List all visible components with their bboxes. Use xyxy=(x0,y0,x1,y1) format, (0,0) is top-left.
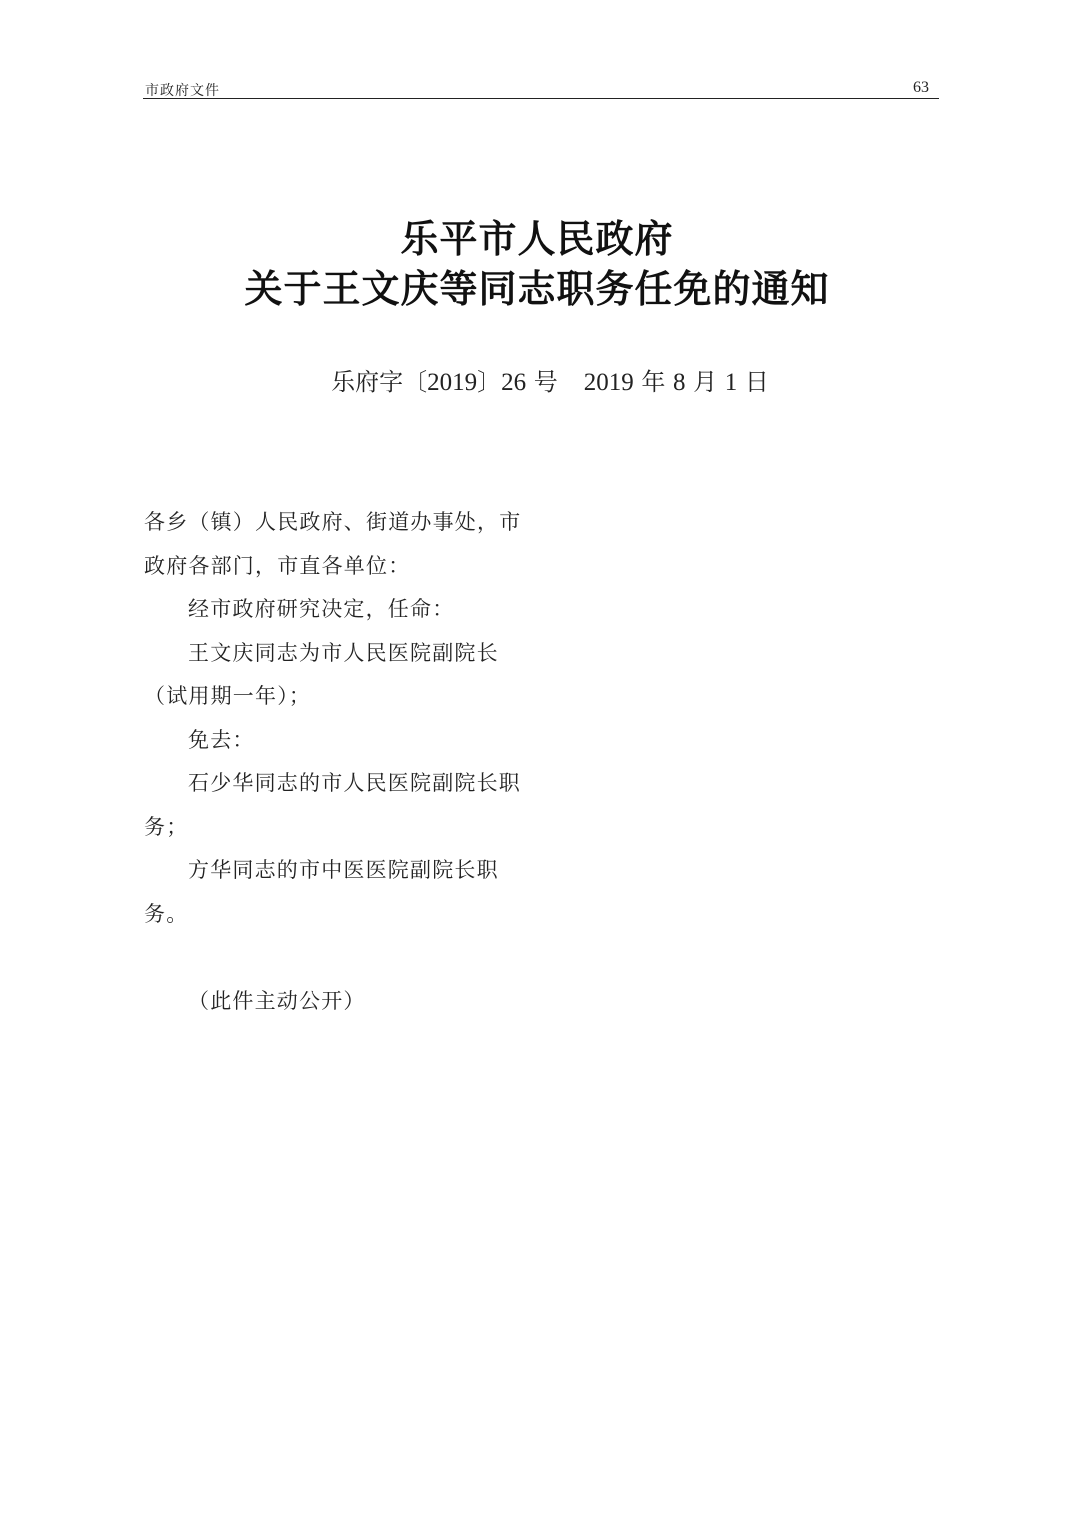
date-day-unit: 日 xyxy=(745,368,769,396)
addressee-line-2: 政府各部门，市直各单位： xyxy=(144,548,524,592)
document-body: 各乡（镇）人民政府、街道办事处，市 政府各部门，市直各单位： 经市政府研究决定，… xyxy=(144,504,524,1027)
title-subject: 关于王文庆等同志职务任免的通知 xyxy=(0,258,1074,313)
docno-prefix: 乐府字〔 xyxy=(331,368,427,396)
appointment-line-1: 王文庆同志为市人民医院副院长 xyxy=(144,635,524,679)
docno-year: 2019 xyxy=(427,369,477,396)
addressee-line-1: 各乡（镇）人民政府、街道办事处，市 xyxy=(144,504,524,548)
decision-intro: 经市政府研究决定，任命： xyxy=(144,591,524,635)
date-day: 1 xyxy=(725,369,738,396)
removal-2-line-1: 方华同志的市中医医院副院长职 xyxy=(144,852,524,896)
docno-suffix: 号 xyxy=(534,368,558,396)
date-month: 8 xyxy=(673,369,686,396)
disclosure-note: （此件主动公开） xyxy=(144,983,524,1027)
document-number-and-date: 乐府字〔2019〕26 号2019 年 8 月 1 日 xyxy=(0,362,1074,397)
appointment-line-2: （试用期一年）； xyxy=(144,678,524,722)
removal-intro: 免去： xyxy=(144,722,524,766)
removal-1-line-2: 务； xyxy=(144,809,524,853)
page-number: 63 xyxy=(913,79,929,97)
date-month-unit: 月 xyxy=(693,368,717,396)
date-year-unit: 年 xyxy=(641,368,665,396)
removal-2-line-2: 务。 xyxy=(144,896,524,940)
removal-1-line-1: 石少华同志的市人民医院副院长职 xyxy=(144,765,524,809)
docno-number: 26 xyxy=(501,369,526,396)
date-year: 2019 xyxy=(584,369,634,396)
header-section-label: 市政府文件 xyxy=(145,80,220,100)
title-issuer: 乐平市人民政府 xyxy=(0,208,1074,263)
docno-mid: 〕 xyxy=(477,368,501,396)
page-header: 市政府文件 63 xyxy=(143,78,939,99)
